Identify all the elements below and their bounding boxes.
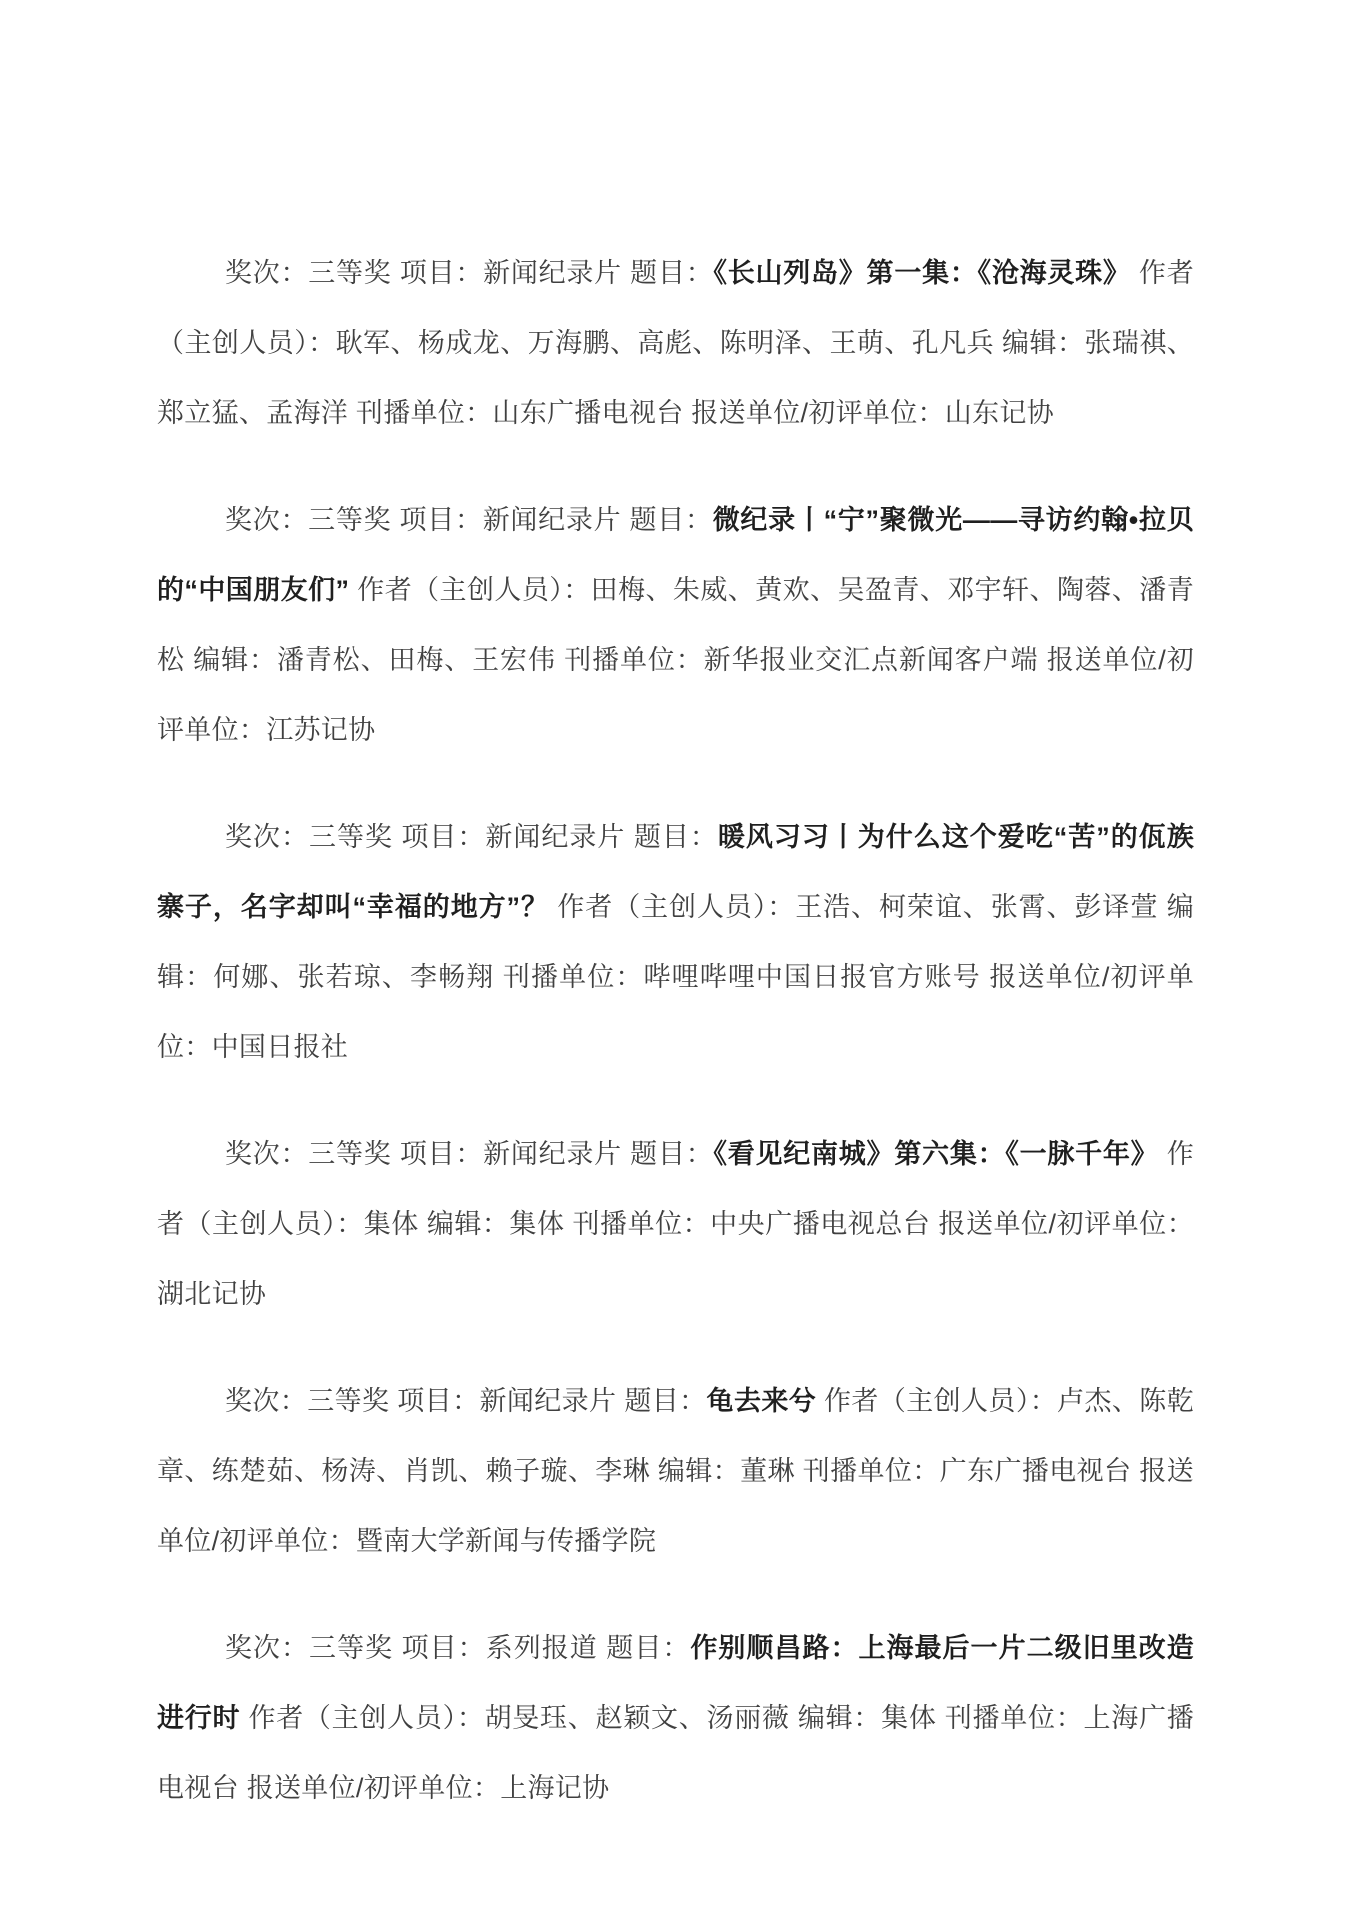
entry-text-run: 奖次：三等奖 项目：系列报道 题目： — [225, 1633, 690, 1663]
entry-title-run: 龟去来兮 — [707, 1386, 817, 1416]
entry-text-run: 奖次：三等奖 项目：新闻纪录片 题目： — [225, 1139, 713, 1169]
award-entry-1: 奖次：三等奖 项目：新闻纪录片 题目：《长山列岛》第一集：《沧海灵珠》 作者（主… — [157, 238, 1194, 448]
entry-text-run: 奖次：三等奖 项目：新闻纪录片 题目： — [225, 505, 713, 535]
award-entry-2: 奖次：三等奖 项目：新闻纪录片 题目：微纪录丨“宁”聚微光——寻访约翰•拉贝的“… — [157, 485, 1194, 765]
entry-text-run: 作者（主创人员）：胡旻珏、赵颖文、汤丽薇 编辑：集体 刊播单位：上海广播电视台 … — [157, 1703, 1194, 1803]
entry-text-run: 奖次：三等奖 项目：新闻纪录片 题目： — [225, 822, 718, 852]
entry-title-run: 《长山列岛》第一集：《沧海灵珠》 — [713, 258, 1130, 288]
award-entries-list: 奖次：三等奖 项目：新闻纪录片 题目：《长山列岛》第一集：《沧海灵珠》 作者（主… — [157, 238, 1194, 1823]
entry-title-run: 《看见纪南城》第六集：《一脉千年》 — [713, 1139, 1158, 1169]
award-entry-3: 奖次：三等奖 项目：新闻纪录片 题目：暖风习习丨为什么这个爱吃“苦”的佤族寨子，… — [157, 802, 1194, 1082]
entry-text-run: 奖次：三等奖 项目：新闻纪录片 题目： — [225, 258, 713, 288]
document-page: 奖次：三等奖 项目：新闻纪录片 题目：《长山列岛》第一集：《沧海灵珠》 作者（主… — [0, 0, 1350, 1910]
award-entry-6: 奖次：三等奖 项目：系列报道 题目：作别顺昌路：上海最后一片二级旧里改造进行时 … — [157, 1613, 1194, 1823]
entry-text-run: 奖次：三等奖 项目：新闻纪录片 题目： — [225, 1386, 707, 1416]
award-entry-5: 奖次：三等奖 项目：新闻纪录片 题目：龟去来兮 作者（主创人员）：卢杰、陈乾章、… — [157, 1366, 1194, 1576]
award-entry-4: 奖次：三等奖 项目：新闻纪录片 题目：《看见纪南城》第六集：《一脉千年》 作者（… — [157, 1119, 1194, 1329]
